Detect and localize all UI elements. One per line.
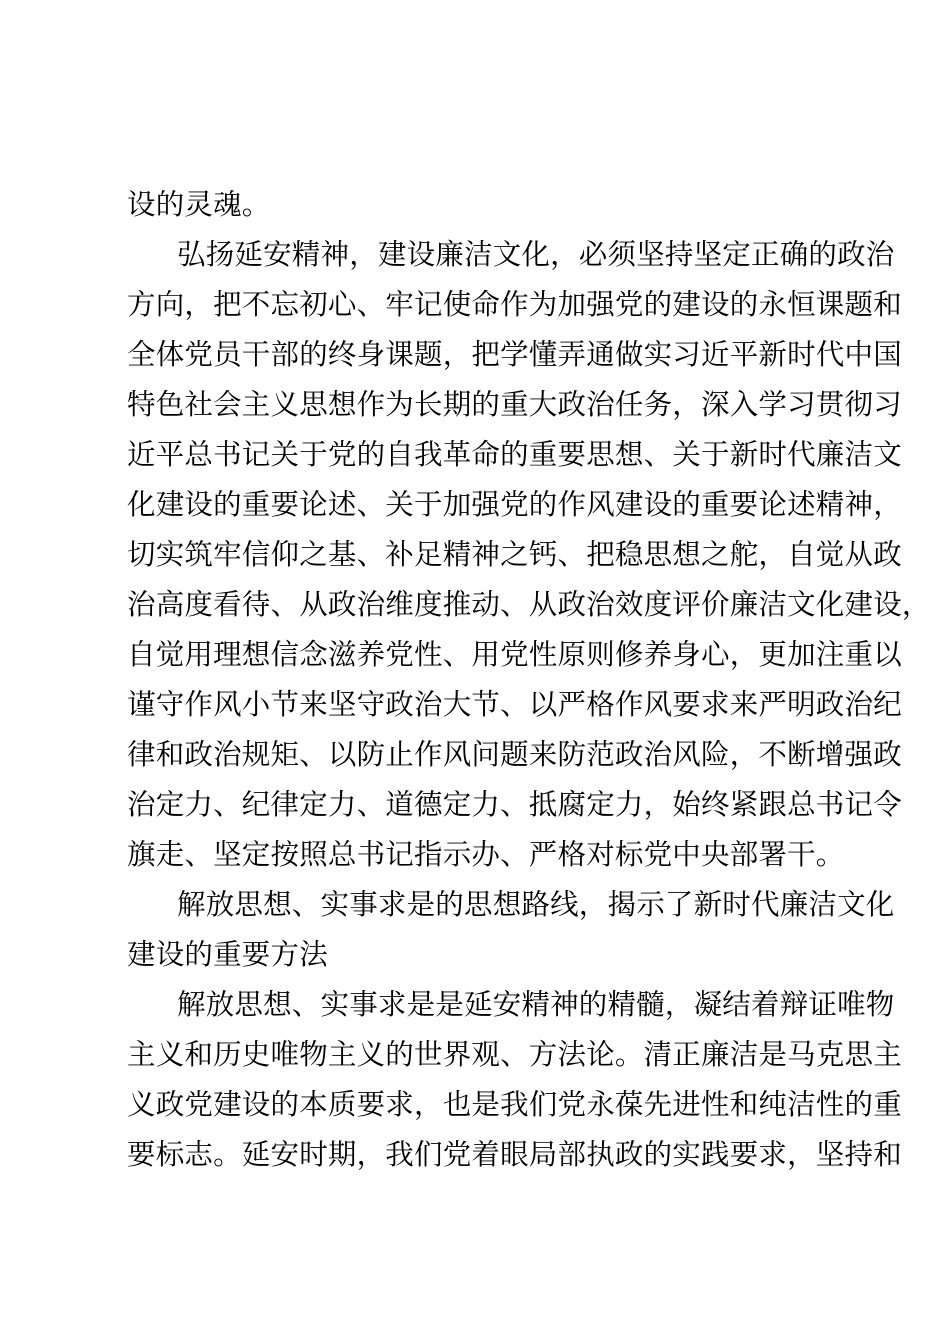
text-line: 自觉用理想信念滋养党性、用党性原则修养身心，更加注重以 (127, 630, 847, 680)
text-line: 义政党建设的本质要求，也是我们党永葆先进性和纯洁性的重 (127, 1080, 847, 1130)
document-page: 设的灵魂。 弘扬延安精神，建设廉洁文化，必须坚持坚定正确的政治 方向，把不忘初心… (0, 0, 950, 1344)
text-line: 切实筑牢信仰之基、补足精神之钙、把稳思想之舵，自觉从政 (127, 530, 847, 580)
text-line: 近平总书记关于党的自我革命的重要思想、关于新时代廉洁文 (127, 430, 847, 480)
text-line: 治定力、纪律定力、道德定力、抵腐定力，始终紧跟总书记令 (127, 780, 847, 830)
text-line: 律和政治规矩、以防止作风问题来防范政治风险，不断增强政 (127, 730, 847, 780)
section-heading-line: 解放思想、实事求是的思想路线，揭示了新时代廉洁文化 (177, 880, 897, 930)
text-line: 旗走、坚定按照总书记指示办、严格对标党中央部署干。 (127, 830, 847, 880)
paragraph-start-line: 解放思想、实事求是是延安精神的精髓，凝结着辩证唯物 (177, 980, 897, 1030)
text-line: 特色社会主义思想作为长期的重大政治任务，深入学习贯彻习 (127, 380, 847, 430)
text-line: 主义和历史唯物主义的世界观、方法论。清正廉洁是马克思主 (127, 1030, 847, 1080)
section-heading-line: 建设的重要方法 (127, 930, 847, 980)
text-line: 设的灵魂。 (127, 180, 847, 230)
text-line: 方向，把不忘初心、牢记使命作为加强党的建设的永恒课题和 (127, 280, 847, 330)
text-line: 要标志。延安时期，我们党着眼局部执政的实践要求，坚持和 (127, 1130, 847, 1180)
text-line: 谨守作风小节来坚守政治大节、以严格作风要求来严明政治纪 (127, 680, 847, 730)
text-line: 化建设的重要论述、关于加强党的作风建设的重要论述精神， (127, 480, 847, 530)
text-line: 全体党员干部的终身课题，把学懂弄通做实习近平新时代中国 (127, 330, 847, 380)
text-line: 治高度看待、从政治维度推动、从政治效度评价廉洁文化建设， (127, 580, 847, 630)
paragraph-start-line: 弘扬延安精神，建设廉洁文化，必须坚持坚定正确的政治 (177, 230, 897, 280)
